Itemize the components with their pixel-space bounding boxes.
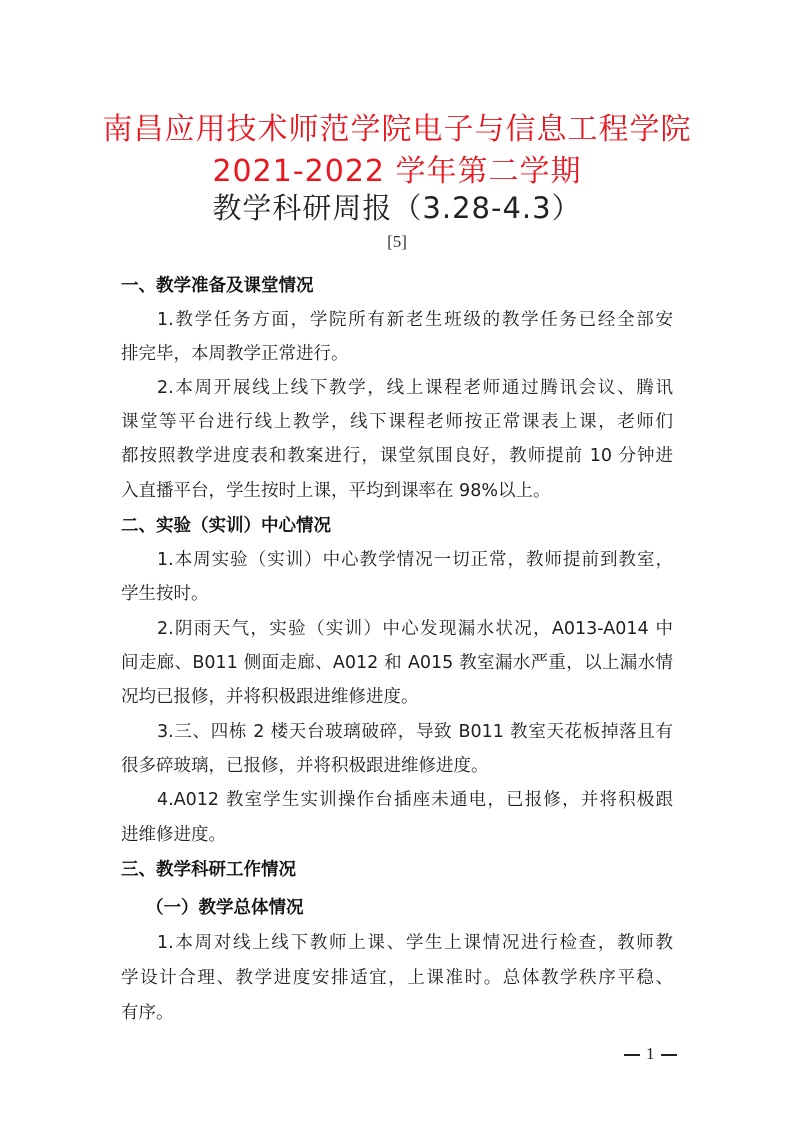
paragraph-line: 1.本周实验（实训）中心教学情况一切正常，教师提前到教室， [157,548,673,572]
section-heading-3: 三、教学科研工作情况 [121,858,296,882]
page-number: 1 [618,1044,683,1064]
paragraph-line: 学生按时。 [121,582,673,606]
dash-right-icon [661,1054,677,1056]
paragraph-line: 2.阴雨天气，实验（实训）中心发现漏水状况，A013-A014 中 [157,617,673,641]
paragraph-line: 课堂等平台进行线上教学，线下课程老师按正常课表上课，老师们 [121,410,673,434]
paragraph-line: 排完毕，本周教学正常进行。 [121,342,673,366]
paragraph-line: 4.A012 教室学生实训操作台插座未通电，已报修，并将积极跟 [157,788,673,812]
paragraph-line: 入直播平台，学生按时上课，平均到课率在 98%以上。 [121,479,673,503]
section-heading-1: 一、教学准备及课堂情况 [121,274,314,298]
paragraph-line: 2.本周开展线上线下教学，线上课程老师通过腾讯会议、腾讯 [157,376,673,400]
paragraph-line: 进维修进度。 [121,823,673,847]
paragraph-line: 1.教学任务方面，学院所有新老生班级的教学任务已经全部安 [157,308,673,332]
paragraph-line: 间走廊、B011 侧面走廊、A012 和 A015 教室漏水严重，以上漏水情 [121,651,673,675]
college-title: 南昌应用技术师范学院电子与信息工程学院 [0,104,794,148]
paragraph-line: 1.本周对线上线下教师上课、学生上课情况进行检查，教师教 [157,931,673,955]
paragraph-line: 很多碎玻璃，已报修，并将积极跟进维修进度。 [121,754,673,778]
section-heading-2: 二、实验（实训）中心情况 [121,514,331,538]
page-number-value: 1 [646,1044,655,1063]
paragraph-line: 有序。 [121,1001,673,1025]
issue-number: [5] [0,232,794,252]
document-page: 南昌应用技术师范学院电子与信息工程学院 2021-2022 学年第二学期 教学科… [0,0,794,1123]
report-title: 教学科研周报（3.28-4.3） [0,186,794,227]
subsection-heading: （一）教学总体情况 [146,896,304,920]
semester-title: 2021-2022 学年第二学期 [0,146,794,190]
dash-left-icon [624,1054,640,1056]
paragraph-line: 3.三、四栋 2 楼天台玻璃破碎，导致 B011 教室天花板掉落且有 [157,720,673,744]
paragraph-line: 都按照教学进度表和教案进行，课堂氛围良好，教师提前 10 分钟进 [121,444,673,468]
paragraph-line: 学设计合理、教学进度安排适宜，上课准时。总体教学秩序平稳、 [121,966,673,990]
paragraph-line: 况均已报修，并将积极跟进维修进度。 [121,685,673,709]
